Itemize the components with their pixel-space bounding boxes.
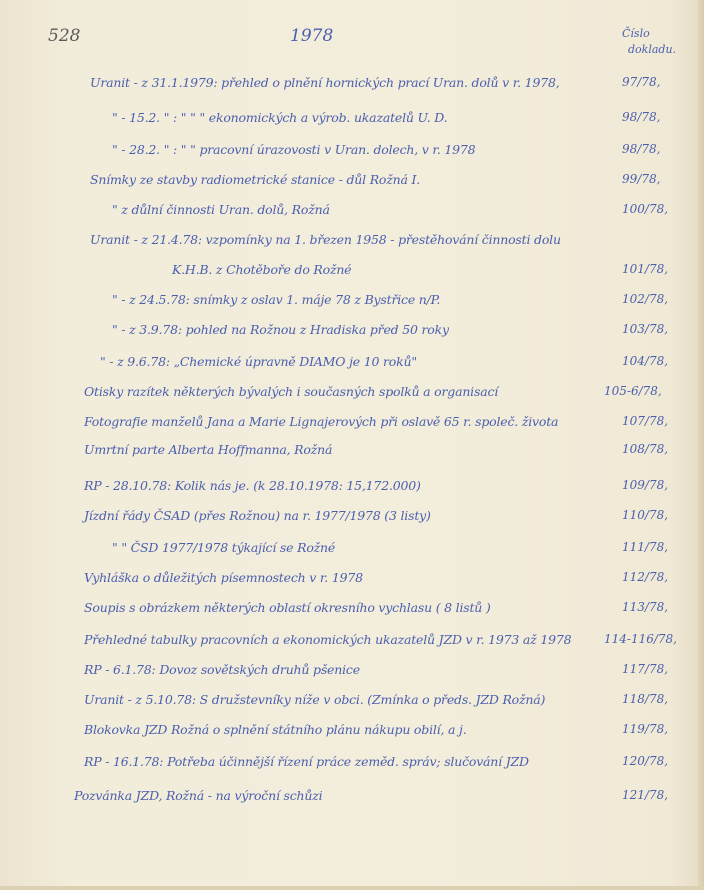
- entry-description: RP - 6.1.78: Dovoz sovětských druhů pšen…: [84, 662, 360, 677]
- column-heading-line1: Číslo: [622, 26, 676, 42]
- entry-document-number: 114-116/78,: [604, 632, 677, 646]
- list-item: Uranit - z 31.1.1979: přehled o plnění h…: [0, 75, 704, 101]
- document-page: 528 1978 Číslo dokladu. Uranit - z 31.1.…: [0, 0, 704, 890]
- entry-document-number: 100/78,: [622, 202, 668, 216]
- list-item: " - z 24.5.78: snímky z oslav 1. máje 78…: [0, 292, 704, 318]
- list-item: " - z 9.6.78: „Chemické úpravně DIAMO je…: [0, 354, 704, 380]
- entry-description: K.H.B. z Chotěboře do Rožné: [172, 262, 351, 277]
- entry-document-number: 110/78,: [622, 508, 668, 522]
- entry-description: Jízdní řády ČSAD (přes Rožnou) na r. 197…: [84, 508, 431, 523]
- list-item: Otisky razítek některých bývalých i souč…: [0, 384, 704, 410]
- entry-description: Přehledné tabulky pracovních a ekonomick…: [84, 632, 571, 647]
- entry-document-number: 117/78,: [622, 662, 668, 676]
- list-item: " z důlní činnosti Uran. dolů, Rožná100/…: [0, 202, 704, 228]
- entry-description: Uranit - z 31.1.1979: přehled o plnění h…: [90, 75, 559, 90]
- entry-description: Pozvánka JZD, Rožná - na výroční schůzi: [74, 788, 322, 803]
- entry-document-number: 109/78,: [622, 478, 668, 492]
- entry-document-number: 103/78,: [622, 322, 668, 336]
- entry-document-number: 101/78,: [622, 262, 668, 276]
- list-item: K.H.B. z Chotěboře do Rožné101/78,: [0, 262, 704, 288]
- entry-document-number: 105-6/78,: [604, 384, 662, 398]
- entry-description: " " ČSD 1977/1978 týkající se Rožné: [112, 540, 335, 555]
- entry-document-number: 98/78,: [622, 142, 660, 156]
- list-item: Vyhláška o důležitých písemnostech v r. …: [0, 570, 704, 596]
- entry-description: " - z 9.6.78: „Chemické úpravně DIAMO je…: [100, 354, 417, 369]
- entry-document-number: 118/78,: [622, 692, 668, 706]
- entry-description: " - 15.2. " : " " " ekonomických a výrob…: [112, 110, 447, 125]
- list-item: Fotografie manželů Jana a Marie Lignajer…: [0, 414, 704, 440]
- entry-description: " z důlní činnosti Uran. dolů, Rožná: [112, 202, 330, 217]
- list-item: Uranit - z 21.4.78: vzpomínky na 1. břez…: [0, 232, 704, 258]
- entry-description: Vyhláška o důležitých písemnostech v r. …: [84, 570, 363, 585]
- entry-document-number: 98/78,: [622, 110, 660, 124]
- list-item: RP - 28.10.78: Kolik nás je. (k 28.10.19…: [0, 478, 704, 504]
- list-item: RP - 16.1.78: Potřeba účinnější řízení p…: [0, 754, 704, 780]
- entry-description: Snímky ze stavby radiometrické stanice -…: [90, 172, 420, 187]
- entry-document-number: 107/78,: [622, 414, 668, 428]
- entry-description: RP - 28.10.78: Kolik nás je. (k 28.10.19…: [84, 478, 421, 493]
- list-item: Soupis s obrázkem některých oblastí okre…: [0, 600, 704, 626]
- page-edge-bottom: [0, 886, 704, 890]
- entry-description: Blokovka JZD Rožná o splnění státního pl…: [84, 722, 466, 737]
- entry-description: Otisky razítek některých bývalých i souč…: [84, 384, 498, 399]
- entry-description: " - 28.2. " : " " pracovní úrazovosti v …: [112, 142, 475, 157]
- entry-description: RP - 16.1.78: Potřeba účinnější řízení p…: [84, 754, 529, 769]
- list-item: Blokovka JZD Rožná o splnění státního pl…: [0, 722, 704, 748]
- list-item: " " ČSD 1977/1978 týkající se Rožné111/7…: [0, 540, 704, 566]
- list-item: RP - 6.1.78: Dovoz sovětských druhů pšen…: [0, 662, 704, 688]
- entry-description: Uranit - z 21.4.78: vzpomínky na 1. břez…: [90, 232, 561, 247]
- list-item: Přehledné tabulky pracovních a ekonomick…: [0, 632, 704, 658]
- entry-document-number: 102/78,: [622, 292, 668, 306]
- list-item: Uranit - z 5.10.78: S družstevníky níže …: [0, 692, 704, 718]
- list-item: Snímky ze stavby radiometrické stanice -…: [0, 172, 704, 198]
- entry-document-number: 121/78,: [622, 788, 668, 802]
- entry-description: " - z 3.9.78: pohled na Rožnou z Hradisk…: [112, 322, 449, 337]
- entry-document-number: 111/78,: [622, 540, 668, 554]
- list-item: " - 28.2. " : " " pracovní úrazovosti v …: [0, 142, 704, 168]
- entry-description: Umrtní parte Alberta Hoffmanna, Rožná: [84, 442, 332, 457]
- entry-description: Uranit - z 5.10.78: S družstevníky níže …: [84, 692, 545, 707]
- column-heading-line2: dokladu.: [628, 42, 676, 58]
- page-year-heading: 1978: [290, 26, 333, 46]
- entry-document-number: 97/78,: [622, 75, 660, 89]
- entry-document-number: 120/78,: [622, 754, 668, 768]
- list-item: Umrtní parte Alberta Hoffmanna, Rožná108…: [0, 442, 704, 468]
- entry-description: " - z 24.5.78: snímky z oslav 1. máje 78…: [112, 292, 440, 307]
- document-number-column-heading: Číslo dokladu.: [622, 26, 676, 58]
- list-item: " - z 3.9.78: pohled na Rožnou z Hradisk…: [0, 322, 704, 348]
- entry-document-number: 119/78,: [622, 722, 668, 736]
- entry-document-number: 113/78,: [622, 600, 668, 614]
- page-number: 528: [48, 26, 80, 46]
- entry-description: Fotografie manželů Jana a Marie Lignajer…: [84, 414, 558, 429]
- entry-document-number: 112/78,: [622, 570, 668, 584]
- entry-document-number: 104/78,: [622, 354, 668, 368]
- entry-document-number: 99/78,: [622, 172, 660, 186]
- list-item: Jízdní řády ČSAD (přes Rožnou) na r. 197…: [0, 508, 704, 534]
- entry-document-number: 108/78,: [622, 442, 668, 456]
- list-item: " - 15.2. " : " " " ekonomických a výrob…: [0, 110, 704, 136]
- list-item: Pozvánka JZD, Rožná - na výroční schůzi1…: [0, 788, 704, 814]
- entry-description: Soupis s obrázkem některých oblastí okre…: [84, 600, 491, 615]
